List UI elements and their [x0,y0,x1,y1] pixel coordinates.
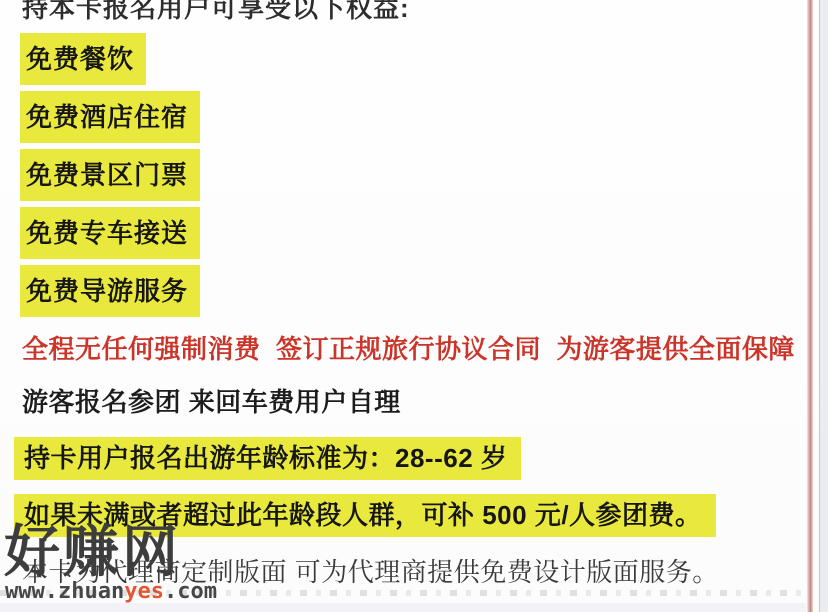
age-requirement-note: 持卡用户报名出游年龄标准为：28--62 岁 [14,437,521,480]
intro-line: 持本卡报名用户可享受以下权益: [22,0,410,25]
watermark-site-name: 好赚网 [4,522,181,582]
flyer-page: 持本卡报名用户可享受以下权益: 免费餐饮 免费酒店住宿 免费景区门票 免费专车接… [0,0,828,612]
benefit-item-transfer: 免费专车接送 [20,207,200,259]
benefit-item-guide: 免费导游服务 [20,265,200,317]
self-pay-note: 游客报名参团 来回车费用户自理 [22,382,401,419]
benefit-item-hotel: 免费酒店住宿 [20,91,200,143]
cutoff-text-artifacts [0,590,804,596]
benefit-item-tickets: 免费景区门票 [20,149,200,201]
guarantee-note: 全程无任何强制消费 签订正规旅行协议合同 为游客提供全面保障 [22,329,795,366]
bottom-bar [0,603,806,612]
right-pink-rule [807,0,813,612]
benefit-item-dining: 免费餐饮 [20,33,146,85]
benefits-list: 免费餐饮 免费酒店住宿 免费景区门票 免费专车接送 免费导游服务 [20,33,200,323]
right-side-strip [819,0,828,612]
